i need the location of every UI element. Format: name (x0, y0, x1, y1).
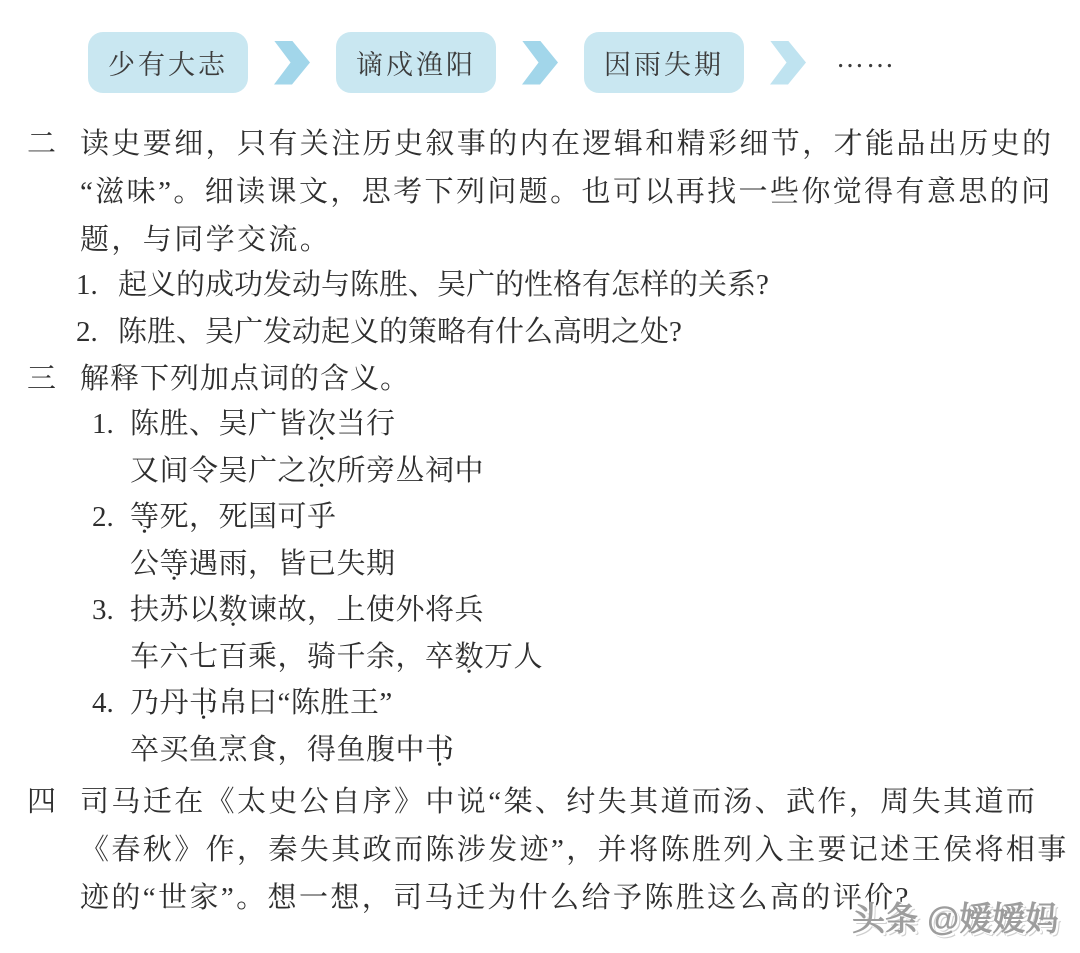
flow-arrow-icon (770, 41, 806, 85)
flow-step-2: 谪戍渔阳 (336, 32, 496, 93)
item-4-line-2: 卒买鱼烹食，得鱼腹中书 (92, 727, 543, 774)
item-text: 帛曰“陈胜王” (219, 687, 393, 719)
item-number: 4. (92, 680, 130, 727)
item-text: 公 (130, 548, 160, 580)
item-number: 3. (92, 587, 130, 634)
emphasized-char: 等 (160, 548, 190, 580)
section-3: 三 解释下列加点词的含义。 (27, 355, 410, 403)
section-2-questions: 1.起义的成功发动与陈胜、吴广的性格有怎样的关系? 2.陈胜、吴广发动起义的策略… (76, 262, 769, 356)
item-2-line-2: 公等遇雨，皆已失期 (92, 541, 543, 588)
item-text: 死，死国可乎 (160, 501, 337, 533)
emphasized-char: 书 (189, 687, 219, 719)
question-2: 2.陈胜、吴广发动起义的策略有什么高明之处? (76, 309, 769, 356)
textbook-page: 少有大志 谪戍渔阳 因雨失期 …… 二 读史要细，只有关注历史叙事的内在逻辑和精… (0, 0, 1080, 953)
section-3-marker: 三 (27, 355, 80, 403)
item-text: 扶苏以 (130, 594, 219, 626)
emphasized-char: 书 (425, 734, 455, 766)
paragraph-line: 题，与同学交流。 (80, 216, 1053, 264)
emphasized-char: 等 (130, 501, 160, 533)
item-2-line-1: 2.等死，死国可乎 (92, 494, 543, 541)
watermark: 头条 @嫒嫒妈 (852, 893, 1058, 940)
section-2: 二 读史要细，只有关注历史叙事的内在逻辑和精彩细节，才能品出历史的 “滋味”。细… (27, 120, 1053, 264)
flow-ellipsis: …… (836, 43, 896, 75)
section-3-title: 解释下列加点词的含义。 (80, 355, 410, 403)
item-text: 乃丹 (130, 687, 189, 719)
item-text: 又间令吴广之 (130, 455, 307, 487)
question-number: 2. (76, 309, 118, 356)
question-number: 1. (76, 262, 118, 309)
item-text: 卒买鱼烹食，得鱼腹中 (130, 734, 425, 766)
question-1: 1.起义的成功发动与陈胜、吴广的性格有怎样的关系? (76, 262, 769, 309)
emphasized-char: 次 (307, 408, 337, 440)
paragraph-line: 读史要细，只有关注历史叙事的内在逻辑和精彩细节，才能品出历史的 (80, 120, 1053, 168)
emphasized-char: 数 (219, 594, 249, 626)
emphasized-char: 数 (455, 641, 485, 673)
item-number: 2. (92, 494, 130, 541)
flow-step-1: 少有大志 (88, 32, 248, 93)
item-text: 万人 (484, 641, 543, 673)
item-3-line-2: 车六七百乘，骑千余，卒数万人 (92, 634, 543, 681)
item-text: 谏故，上使外将兵 (248, 594, 484, 626)
item-1-line-1: 1.陈胜、吴广皆次当行 (92, 401, 543, 448)
question-text: 起义的成功发动与陈胜、吴广的性格有怎样的关系? (118, 269, 769, 301)
flow-step-3: 因雨失期 (584, 32, 744, 93)
item-1-line-2: 又间令吴广之次所旁丛祠中 (92, 448, 543, 495)
item-text: 所旁丛祠中 (337, 455, 485, 487)
section-4-marker: 四 (27, 778, 80, 922)
emphasized-char: 次 (307, 455, 337, 487)
flow-arrow-icon (522, 41, 558, 85)
item-number: 1. (92, 401, 130, 448)
item-4-line-1: 4.乃丹书帛曰“陈胜王” (92, 680, 543, 727)
section-2-text: 读史要细，只有关注历史叙事的内在逻辑和精彩细节，才能品出历史的 “滋味”。细读课… (80, 120, 1053, 264)
paragraph-line: 司马迁在《太史公自序》中说“桀、纣失其道而汤、武作，周失其道而 (80, 778, 1069, 826)
flowchart: 少有大志 谪戍渔阳 因雨失期 …… (88, 32, 896, 93)
paragraph-line: 《春秋》作，秦失其政而陈涉发迹”，并将陈胜列入主要记述王侯将相事 (80, 826, 1069, 874)
item-text: 车六七百乘，骑千余，卒 (130, 641, 455, 673)
paragraph-line: “滋味”。细读课文，思考下列问题。也可以再找一些你觉得有意思的问 (80, 168, 1053, 216)
item-3-line-1: 3.扶苏以数谏故，上使外将兵 (92, 587, 543, 634)
section-3-items: 1.陈胜、吴广皆次当行 又间令吴广之次所旁丛祠中 2.等死，死国可乎 公等遇雨，… (92, 401, 543, 773)
question-text: 陈胜、吴广发动起义的策略有什么高明之处? (118, 316, 682, 348)
item-text: 陈胜、吴广皆 (130, 408, 307, 440)
item-text: 遇雨，皆已失期 (189, 548, 396, 580)
section-3-title-wrap: 解释下列加点词的含义。 (80, 355, 410, 403)
flow-arrow-icon (274, 41, 310, 85)
item-text: 当行 (337, 408, 396, 440)
section-2-marker: 二 (27, 120, 80, 264)
